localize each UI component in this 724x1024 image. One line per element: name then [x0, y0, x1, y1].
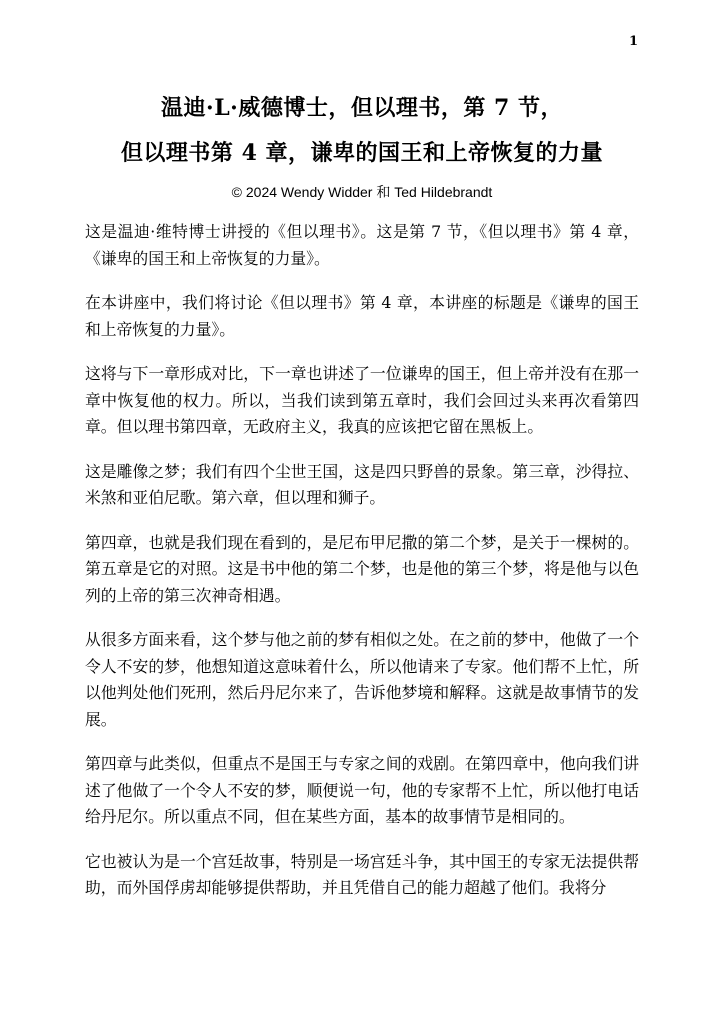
paragraph: 从很多方面来看，这个梦与他之前的梦有相似之处。在之前的梦中，他做了一个令人不安的… — [85, 627, 639, 733]
paragraph: 在本讲座中，我们将讨论《但以理书》第 4 章，本讲座的标题是《谦卑的国王和上帝恢… — [85, 290, 639, 343]
paragraph: 它也被认为是一个宫廷故事，特别是一场宫廷斗争，其中国王的专家无法提供帮助，而外国… — [85, 849, 639, 902]
title-line-1: 温迪·L·威德博士，但以理书，第 7 节， — [161, 95, 563, 121]
page-number: 1 — [629, 35, 638, 48]
paragraph: 第四章，也就是我们现在看到的，是尼布甲尼撒的第二个梦，是关于一棵树的。第五章是它… — [85, 530, 639, 610]
copyright-line: © 2024 Wendy Widder 和 Ted Hildebrandt — [85, 176, 639, 208]
paragraph: 第四章与此类似，但重点不是国王与专家之间的戏剧。在第四章中，他向我们讲述了他做了… — [85, 751, 639, 831]
paragraph: 这是雕像之梦；我们有四个尘世王国，这是四只野兽的景象。第三章，沙得拉、米煞和亚伯… — [85, 459, 639, 512]
page-content: 温迪·L·威德博士，但以理书，第 7 节， 但以理书第 4 章，谦卑的国王和上帝… — [85, 86, 639, 920]
document-page: 1 温迪·L·威德博士，但以理书，第 7 节， 但以理书第 4 章，谦卑的国王和… — [0, 0, 724, 1024]
paragraph: 这将与下一章形成对比，下一章也讲述了一位谦卑的国王，但上帝并没有在那一章中恢复他… — [85, 361, 639, 441]
document-title: 温迪·L·威德博士，但以理书，第 7 节， 但以理书第 4 章，谦卑的国王和上帝… — [85, 86, 639, 176]
title-line-2: 但以理书第 4 章，谦卑的国王和上帝恢复的力量 — [121, 140, 603, 166]
paragraph: 这是温迪·维特博士讲授的《但以理书》。这是第 7 节，《但以理书》第 4 章，《… — [85, 219, 639, 272]
body-text: 这是温迪·维特博士讲授的《但以理书》。这是第 7 节，《但以理书》第 4 章，《… — [85, 219, 639, 902]
